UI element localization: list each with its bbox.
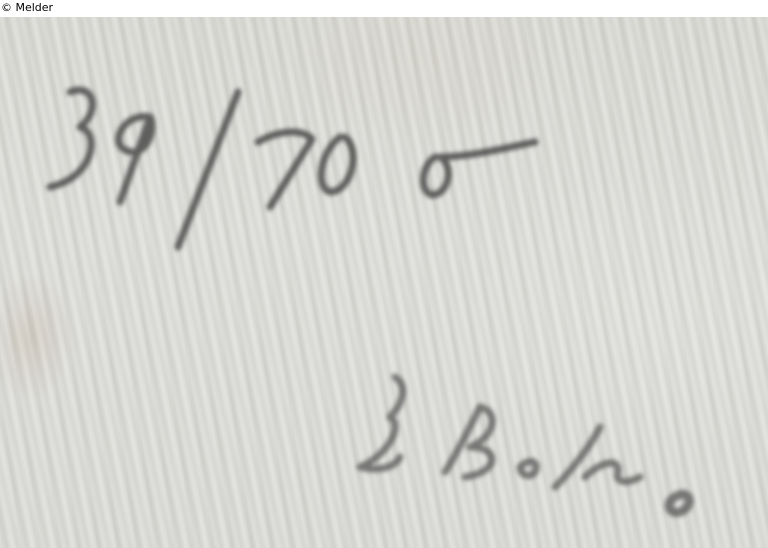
copyright-caption: © Melder xyxy=(0,0,768,17)
artist-signature xyxy=(360,377,689,512)
edition-number-39-700 xyxy=(50,90,535,247)
image-frame: © Melder xyxy=(0,0,768,548)
paper-photo xyxy=(0,17,768,548)
pencil-marks xyxy=(0,17,768,548)
